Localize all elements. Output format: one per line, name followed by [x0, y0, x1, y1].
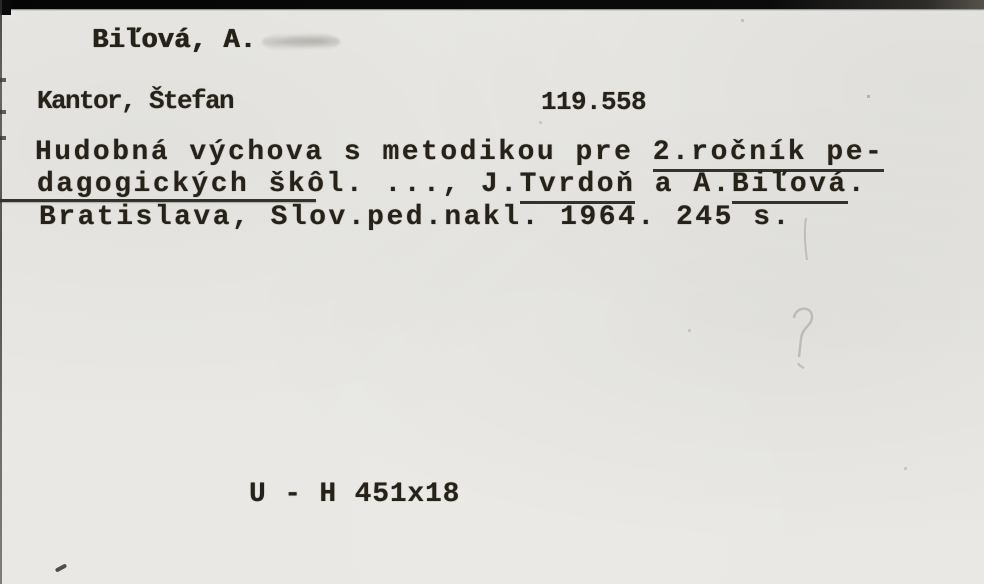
- author-surname-underlined: Biľová: [732, 169, 848, 204]
- card-heading: Biľová, A.: [92, 26, 256, 56]
- library-catalog-card-scan: Biľová, A. Kantor, Štefan 119.558 Hudobn…: [0, 0, 984, 584]
- period: .: [848, 169, 867, 200]
- imprint-line: Bratislava, Slov.ped.nakl. 1964. 245 s.: [39, 203, 792, 233]
- title-text: Hudobná výchova s metodikou pre: [35, 137, 653, 168]
- title-line-1: Hudobná výchova s metodikou pre 2.ročník…: [35, 138, 884, 168]
- connector-text: a A.: [635, 169, 732, 200]
- author-surname-underlined: Tvrdoň: [520, 169, 636, 204]
- title-line-2: dagogických škôl. ..., J.Tvrdoň a A.Biľo…: [37, 170, 867, 200]
- paper-specks: [0, 0, 1, 1]
- title-text-continued: dagogických škôl. ..., J.: [37, 169, 520, 200]
- pencil-mark: [780, 210, 850, 380]
- scan-edge-mark: [0, 78, 6, 82]
- scan-left-edge: [0, 0, 2, 584]
- scan-edge-mark: [0, 110, 6, 114]
- call-number: U - H 451x18: [249, 479, 460, 510]
- scan-edge-mark: [0, 136, 6, 140]
- scan-speck: [55, 563, 67, 572]
- title-underlined-text: 2.ročník pe-: [653, 137, 885, 172]
- ink-smudge: [262, 32, 340, 52]
- scan-top-edge: [0, 0, 984, 9]
- author-name: Kantor, Štefan: [37, 86, 233, 116]
- accession-number: 119.558: [541, 87, 646, 117]
